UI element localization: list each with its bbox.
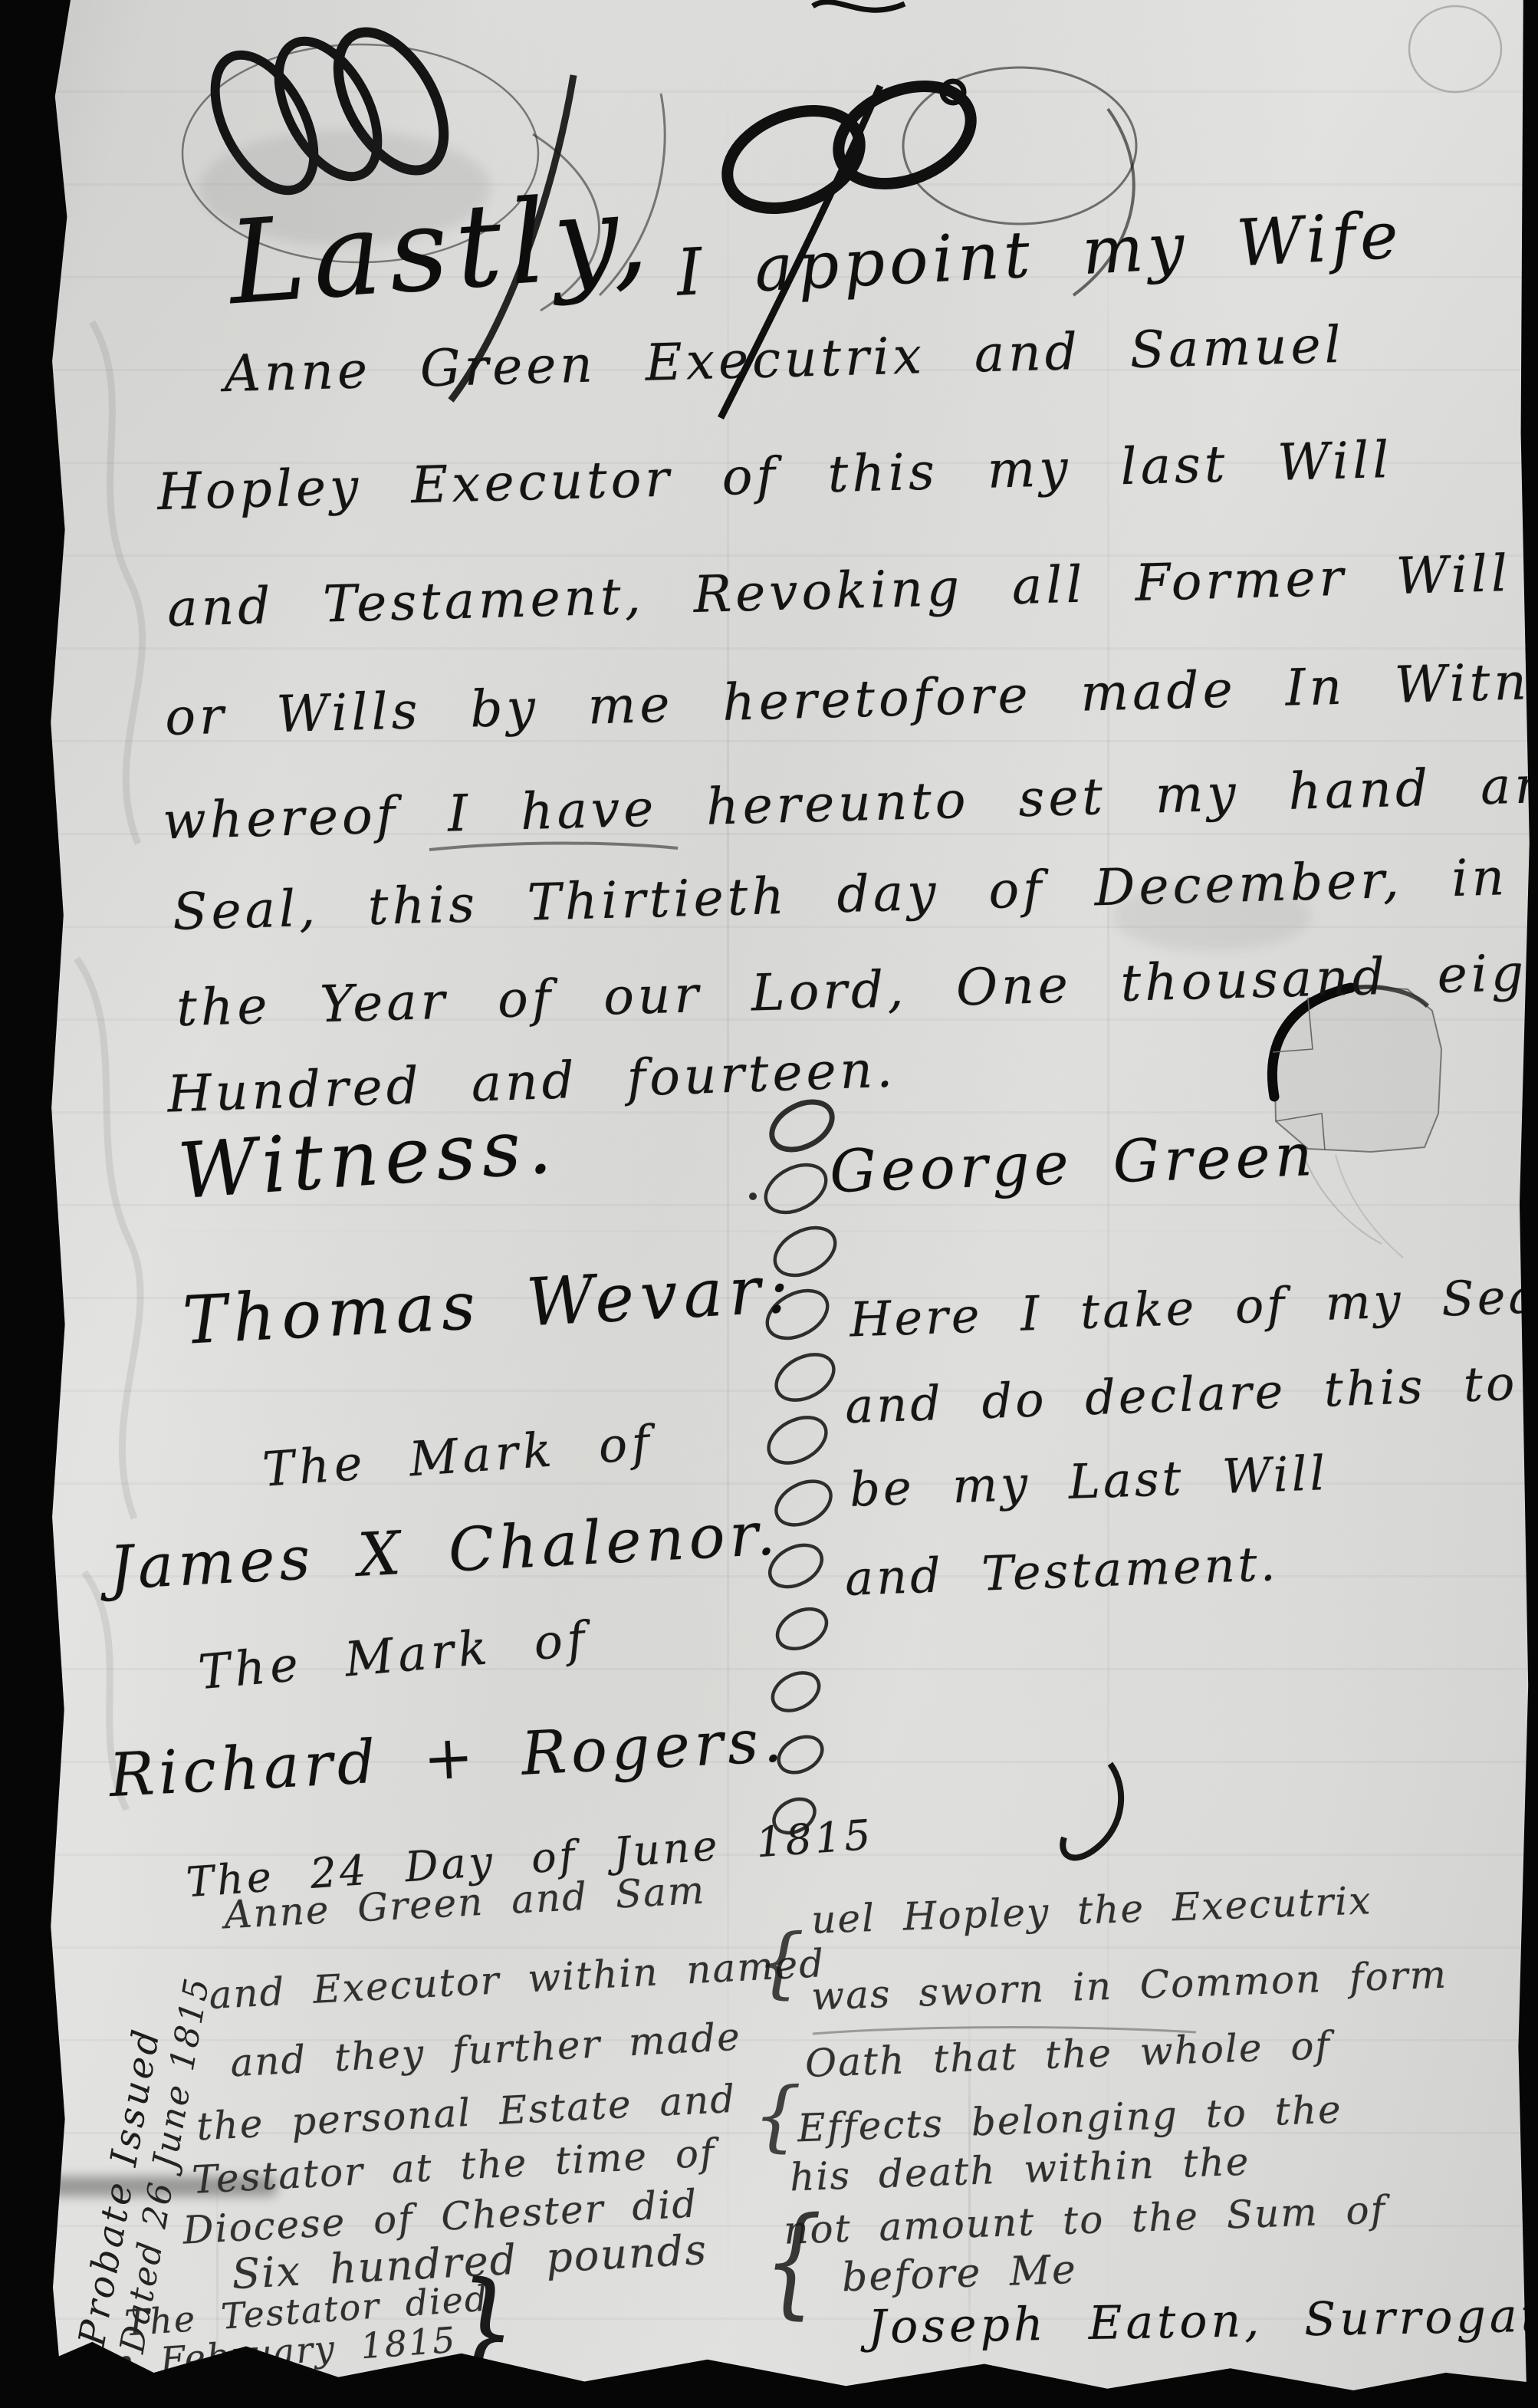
witness-signature-thomas-wevar: Thomas Wevar: <box>181 1251 797 1360</box>
probate-line-right: not amount to the Sum of <box>783 2187 1387 2252</box>
opening-word-lastly: Lastly, <box>225 168 660 331</box>
probate-line-right: was sworn in Common form <box>810 1952 1448 2019</box>
j-flourish <box>1063 1764 1121 1857</box>
paper-fold-crease <box>0 1230 1538 1232</box>
declaration-line: and do declare this to <box>844 1355 1518 1435</box>
body-line: Anne Green Executrix and Samuel <box>223 315 1345 403</box>
probate-line-right: Effects belonging to the <box>797 2087 1342 2151</box>
probate-line-left: and Executor within named <box>208 1941 827 2018</box>
body-line: Hopley Executor of this my last Will <box>156 430 1393 521</box>
mark-caption: The Mark of <box>196 1610 592 1700</box>
scan-edge-left <box>0 0 71 2408</box>
body-line: or Wills by me heretofore made In Witnes… <box>164 650 1538 747</box>
surrogate-signature: Joseph Eaton, Surrogate <box>867 2288 1538 2354</box>
declaration-line: Here I take of my Seal, <box>849 1266 1538 1347</box>
declaration-line: be my Last Will <box>849 1445 1329 1518</box>
mark-caption: The Mark of <box>261 1414 656 1497</box>
probate-line-right: Oath that the whole of <box>804 2023 1332 2086</box>
body-line: Seal, this Thirtieth day of December, in <box>172 847 1509 942</box>
strike-line-thirtieth <box>429 844 678 850</box>
declaration-line: and Testament. <box>844 1535 1279 1607</box>
probate-line-left: and they further made <box>229 2015 742 2086</box>
pencil-circle-mark <box>1409 6 1501 92</box>
mark-signature-james-chalenor: James X Chalenor. <box>107 1499 781 1604</box>
opening-continuation: I appoint my Wife <box>675 197 1405 310</box>
body-line: the Year of our Lord, One thousand eight <box>176 942 1538 1038</box>
body-line: whereof I have hereunto set my hand and <box>162 755 1538 851</box>
opening-brace-mark: { <box>753 2071 802 2160</box>
scan-edge-right <box>1513 0 1538 2408</box>
will-document-page: Lastly, I appoint my Wife Anne Green Exe… <box>0 0 1538 2408</box>
opening-brace-mark: { <box>764 2193 822 2331</box>
closing-brace-mark: } <box>446 2253 519 2408</box>
probate-line-right: uel Hopley the Executrix <box>810 1878 1372 1942</box>
testator-signature-george-green: George Green <box>829 1120 1318 1206</box>
before-me-line: before Me <box>841 2247 1078 2301</box>
body-line: and Testament, Revoking all Former Will <box>166 544 1512 638</box>
opening-brace-mark: { <box>756 1917 805 2007</box>
